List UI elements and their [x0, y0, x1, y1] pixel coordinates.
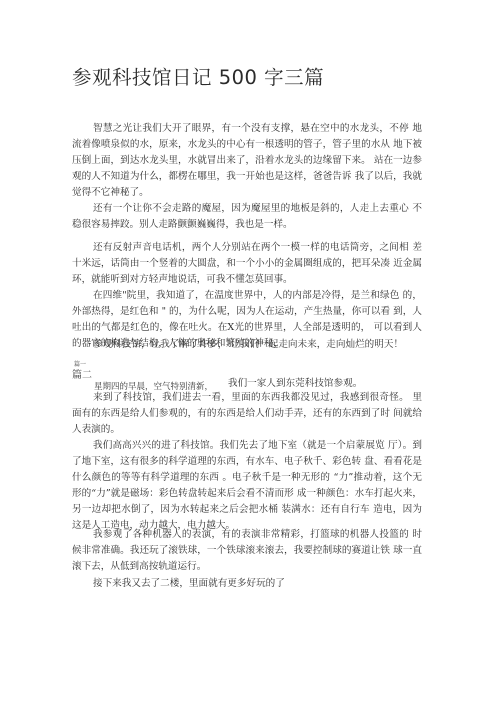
paragraph-second-floor: 接下来我又去了二楼，里面就有更多好玩的了	[72, 576, 422, 592]
paragraph-echo-telephone: 还有反射声音电话机，两个人分别站在两个一模一样的电话筒旁，之间相 差十米远，话筒…	[72, 240, 422, 288]
document-page: 参观科技馆日记 500 字三篇 智慧之光让我们大开了眼界，有一个没有支撑，悬在空…	[0, 0, 500, 708]
paragraph-conclusion: 参观科技馆，让我了解了许多， 让我们一起走向未来，走向灿烂的明天！	[72, 337, 422, 353]
paragraph-wisdom-light: 智慧之光让我们大开了眼界，有一个没有支撑，悬在空中的水龙头，不停 地流着像喷泉似…	[72, 121, 422, 201]
section-label-part2: 篇二	[72, 366, 92, 381]
paragraph-basement: 我们高高兴兴的进了科技馆。我们先去了地下室（就是一个启蒙展览 厅）。到了地下室，…	[72, 438, 422, 534]
paragraph-magic-house: 还有一个让你不会走路的魔屋，因为魔屋里的地板是斜的，人走上去重心 不稳很容易摔跤…	[72, 201, 422, 233]
paragraph-robots: 我参观了各种机器人的表演，有的表演非常精彩，打篮球的机器人投篮的 时候非常准确。…	[72, 527, 422, 575]
paragraph-arrival: 来到了科技馆，我们进去一看，里面的东西我都没见过，我感到很奇怪。 里面有的东西是…	[72, 390, 422, 438]
page-title: 参观科技馆日记 500 字三篇	[72, 62, 324, 90]
intro-visit: 我们一家人到东莞科技馆参观。	[228, 375, 362, 389]
